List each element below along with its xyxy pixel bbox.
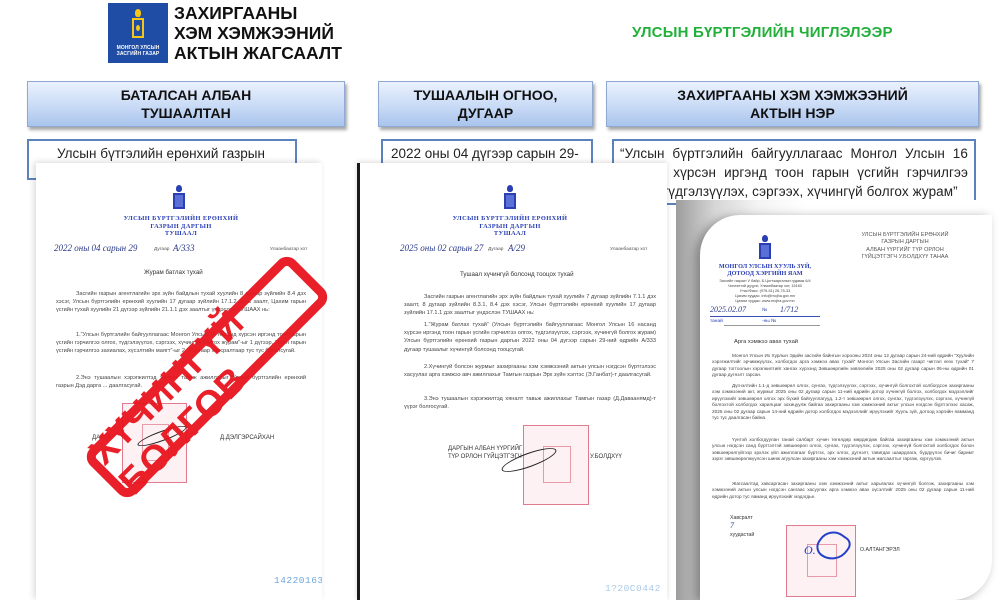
document-place: Улаанбаатар хот bbox=[270, 247, 307, 252]
document-order-a29: УЛСЫН БҮРТГЭЛИЙН ЕРӨНХИЙ ГАЗРЫН ДАРГЫН Т… bbox=[357, 163, 667, 600]
ministry-address: Засгийн газрын V байр, Б.Цогтжаргалын гу… bbox=[710, 279, 820, 304]
document-number: А/29 bbox=[508, 243, 525, 253]
signer-name: У.БОЛДХҮҮ bbox=[590, 453, 622, 461]
document-number: 1/712 bbox=[780, 305, 798, 314]
document-paragraph: Засгийн газрын агентлагийн эрх зүйн байд… bbox=[404, 293, 656, 318]
document-date: 2022 оны 04 сарын 29 bbox=[54, 243, 137, 253]
document-place: Улаанбаатар хот bbox=[610, 247, 647, 252]
document-subject: Арга хэмжээ авах тухай bbox=[734, 339, 798, 345]
attachment-pages: 7 bbox=[730, 521, 734, 530]
number-label: Дугаар bbox=[154, 247, 169, 252]
document-date: 2025.02.07 bbox=[710, 305, 746, 314]
number-label: Дугаар bbox=[488, 247, 503, 252]
document-org: УЛСЫН БҮРТГЭЛИЙН ЕРӨНХИЙ ГАЗРЫН ДАРГЫН Т… bbox=[96, 215, 266, 238]
document-serial: 142201630 bbox=[274, 575, 322, 586]
attachment-suffix: хуудастай bbox=[730, 532, 754, 538]
signer-title: ДАРГЫН АЛБАН ҮҮРГИЙГ ТҮР ОРЛОН ГҮЙЦЭТГЭГ… bbox=[448, 445, 522, 461]
document-paragraph: Жагсаалтад хавсаргасан захиргааны хэм хэ… bbox=[712, 481, 974, 500]
divider bbox=[710, 316, 820, 317]
document-paragraph: 3.Энэ тушаалын хэрэгжилтэд хяналт тавьж … bbox=[404, 395, 656, 411]
attachment-note: Хавсралт 7 хуудастай bbox=[730, 506, 754, 539]
document-paragraph: Монгол Улсын Их Хурлын Эдийн засгийн бай… bbox=[712, 353, 974, 379]
document-subject: Журам батлах тухай bbox=[144, 269, 203, 276]
column-header-date-number: ТУШААЛЫН ОГНОО, ДУГААР bbox=[378, 81, 593, 127]
ministry-name: МОНГОЛ УЛСЫН ХУУЛЬ ЗҮЙ, ДОТООД ХЭРГИЙН Я… bbox=[710, 263, 820, 277]
number-label: № bbox=[762, 308, 767, 313]
page-title: ЗАХИРГААНЫ ХЭМ ХЭМЖЭЭНИЙ АКТЫН ЖАГСААЛТ bbox=[174, 3, 342, 63]
direction-title: УЛСЫН БҮРТГЭЛИЙН ЧИГЛЭЛЭЭР bbox=[632, 24, 893, 41]
document-paragraph: Дүгнэлтийн 1.1-д зөвшөөрөл олгох, сунгах… bbox=[712, 383, 974, 421]
ref-label: танай bbox=[710, 319, 723, 324]
soyombo-emblem-icon bbox=[758, 235, 772, 259]
document-ministry-letter: МОНГОЛ УЛСЫН ХУУЛЬ ЗҮЙ, ДОТООД ХЭРГИЙН Я… bbox=[700, 215, 992, 600]
soyombo-emblem-icon bbox=[503, 185, 517, 209]
document-serial: 1?20С0442 bbox=[605, 583, 661, 594]
soyombo-emblem-icon bbox=[131, 9, 145, 39]
signer-initial: О. bbox=[804, 543, 816, 558]
document-paragraph: Үүнтэй холбогдуулан танай салбарт хүчин … bbox=[712, 437, 974, 463]
column-header-official: БАТАЛСАН АЛБАН ТУШААЛТАН bbox=[27, 81, 345, 127]
column-header-act-name: ЗАХИРГААНЫ ХЭМ ХЭМЖЭЭНИЙ АКТЫН НЭР bbox=[606, 81, 979, 127]
signer-name: Д.ДЭЛГЭРСАЙХАН bbox=[220, 434, 274, 442]
document-subject: Тушаал хүчингүй болсонд тооцох тухай bbox=[460, 271, 574, 278]
signer-name: О.АЛТАНГЭРЭЛ bbox=[860, 546, 900, 554]
logo-text: МОНГОЛ УЛСЫН ЗАСГИЙН ГАЗАР bbox=[117, 45, 160, 57]
document-number: А/333 bbox=[173, 243, 195, 253]
ref-number-label: -ны № bbox=[762, 319, 776, 324]
document-paragraph: 1.“Журам батлах тухай” (Улсын бүртгэлийн… bbox=[404, 321, 656, 354]
document-date: 2025 оны 02 сарын 27 bbox=[400, 243, 483, 253]
document-org: УЛСЫН БҮРТГЭЛИЙН ЕРӨНХИЙ ГАЗРЫН ДАРГЫН Т… bbox=[425, 215, 595, 238]
letter-recipient: УЛСЫН БҮРТГЭЛИЙН ЕРӨНХИЙ ГАЗРЫН ДАРГЫН А… bbox=[840, 232, 970, 261]
government-logo: МОНГОЛ УЛСЫН ЗАСГИЙН ГАЗАР bbox=[108, 3, 168, 63]
divider bbox=[724, 325, 820, 326]
soyombo-emblem-icon bbox=[172, 185, 186, 209]
document-paragraph: 2.Хүчингүй болсон журмыг захиргааны хэм … bbox=[404, 363, 656, 379]
